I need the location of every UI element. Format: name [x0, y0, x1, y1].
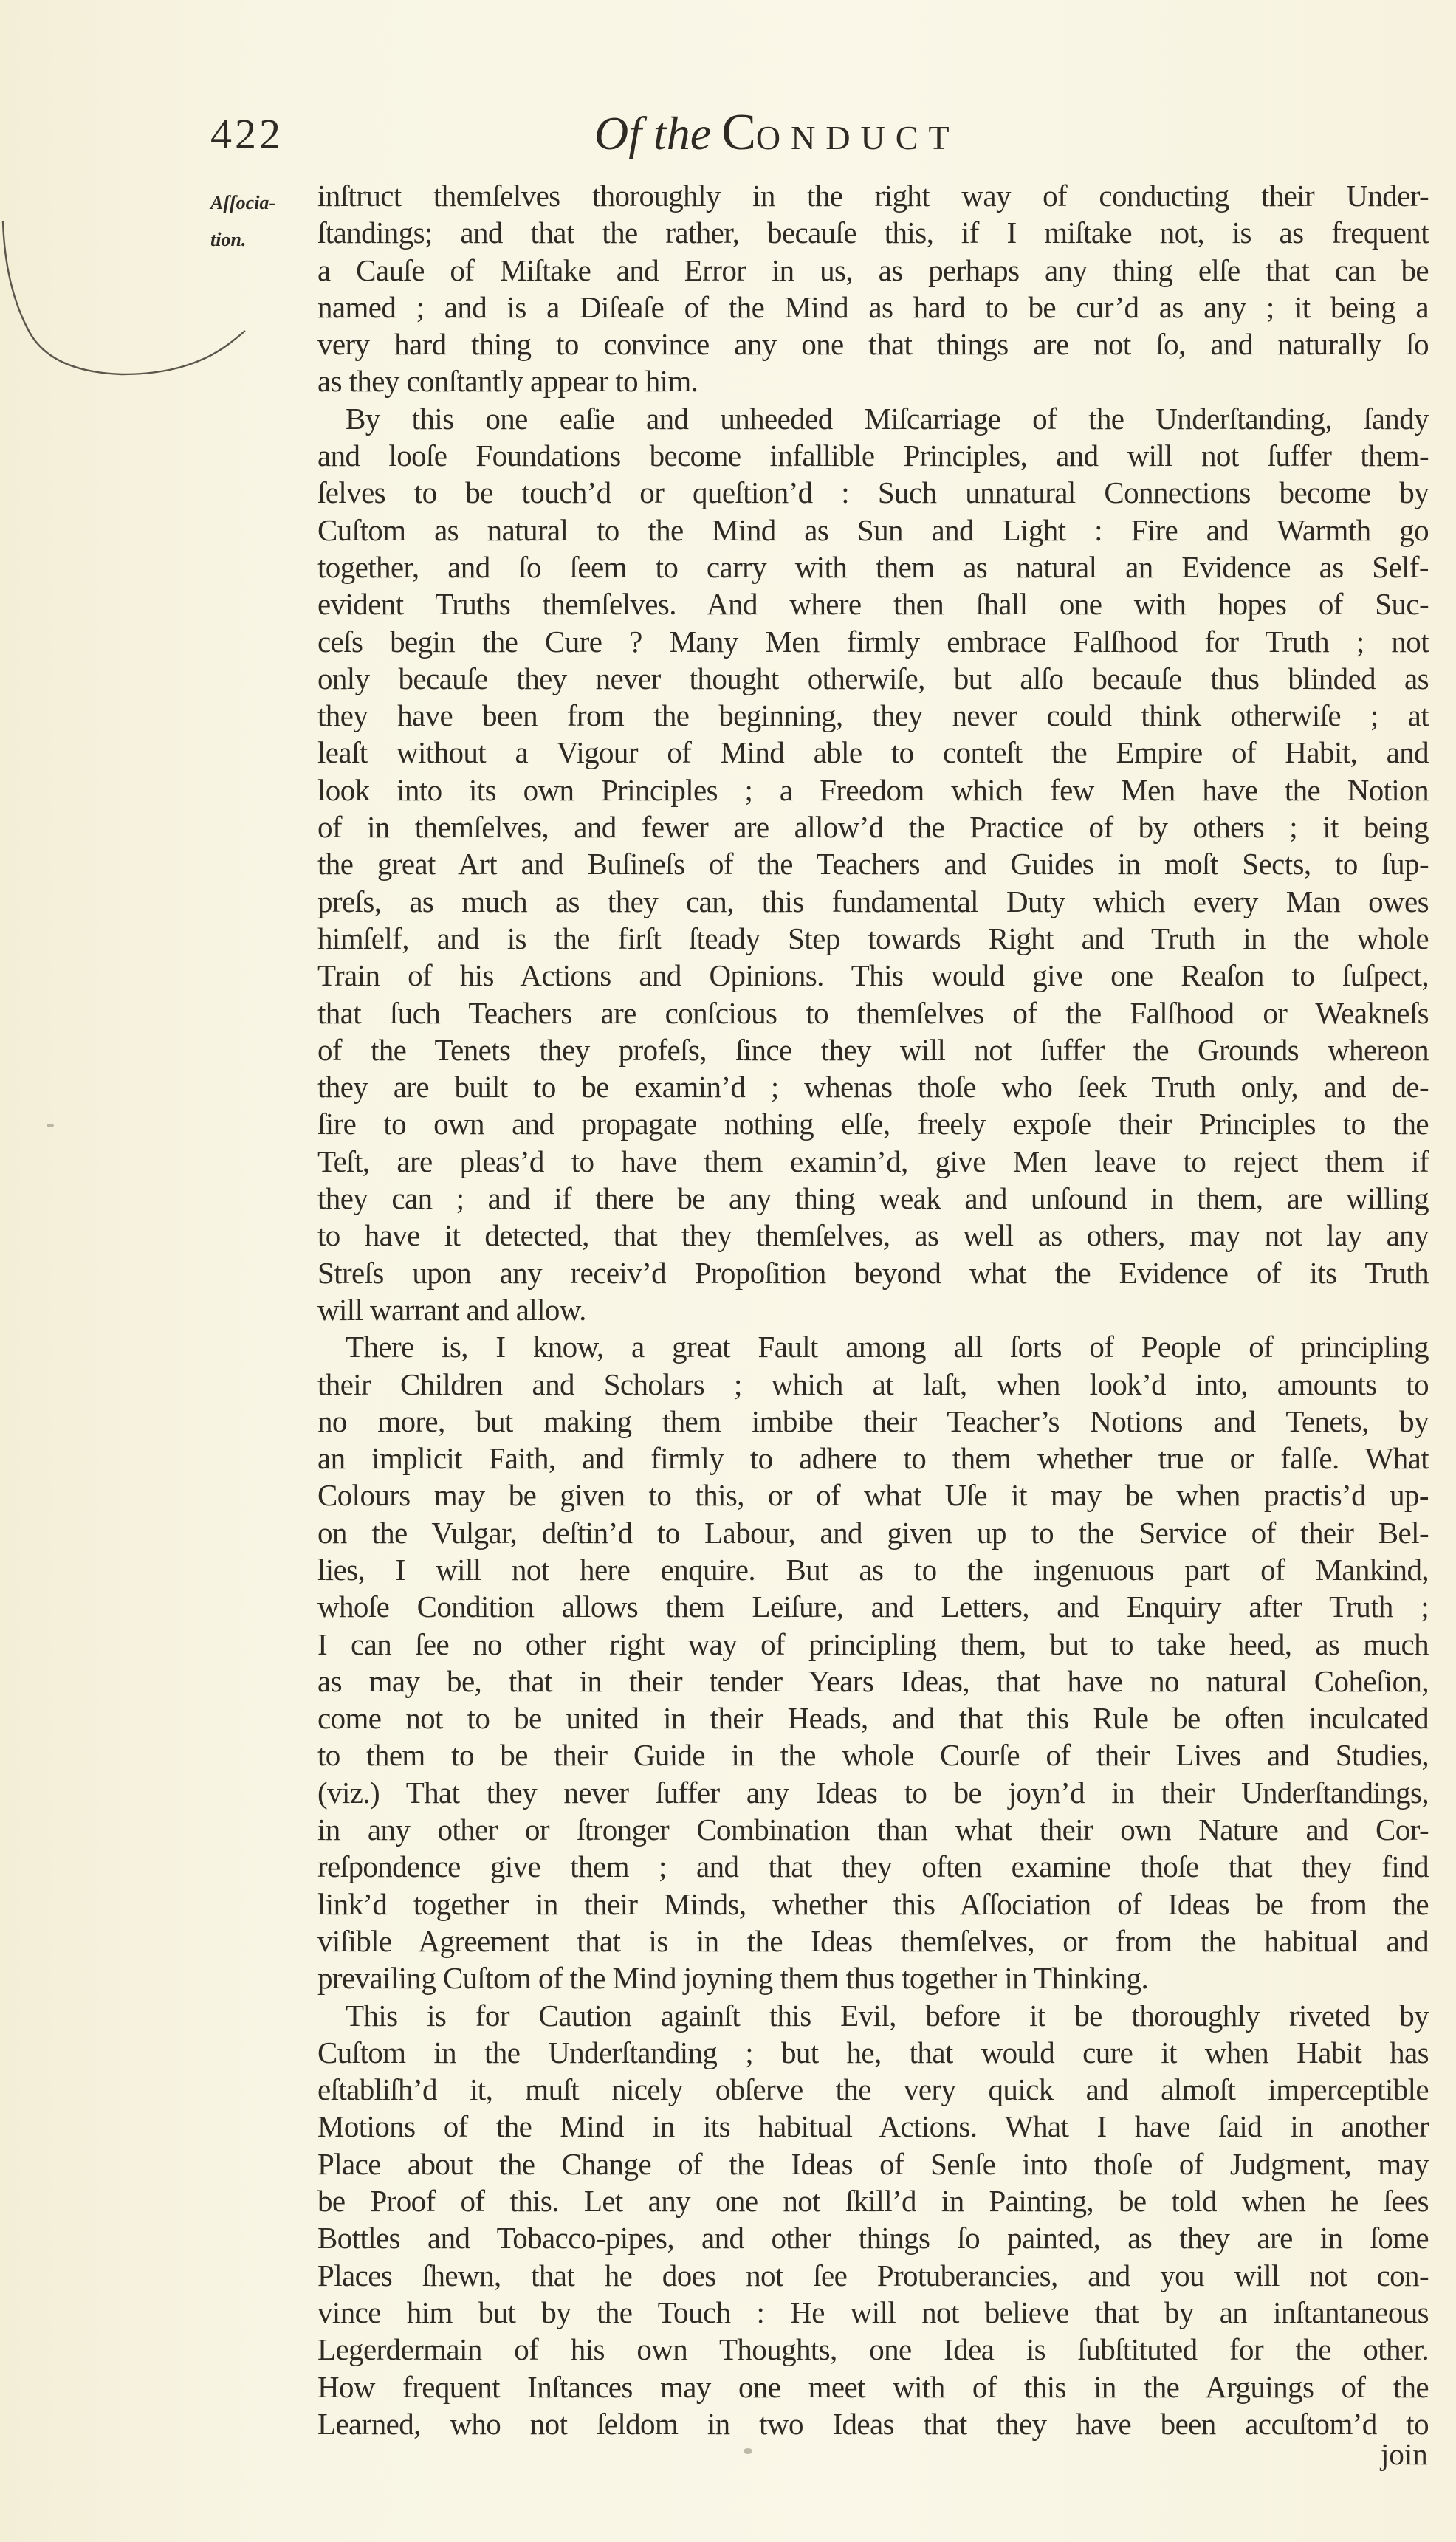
text-line: on the Vulgar, deſtin’d to Labour, and g…	[317, 1514, 1429, 1551]
text-line: named ; and is a Diſeaſe of the Mind as …	[317, 289, 1429, 326]
text-line: they are built to be examin’d ; whenas t…	[317, 1068, 1429, 1105]
text-line: of in themſelves, and fewer are allow’d …	[317, 808, 1429, 845]
page-number: 422	[210, 109, 284, 159]
text-line: This is for Caution againſt this Evil, b…	[317, 1997, 1429, 2034]
text-line: How frequent Inſtances may one meet with…	[317, 2368, 1429, 2405]
text-line: they have been from the beginning, they …	[317, 697, 1429, 734]
marginal-note-line: Aſſocia-	[210, 185, 275, 221]
paragraph: By this one eaſie and unheeded Miſcarria…	[317, 400, 1429, 1328]
text-line: ſire to own and propagate nothing elſe, …	[317, 1105, 1429, 1142]
running-title-italic: Of the	[594, 107, 711, 159]
text-line: lies, I will not here enquire. But as to…	[317, 1551, 1429, 1588]
text-line: a Cauſe of Miſtake and Error in us, as p…	[317, 252, 1429, 289]
text-line: By this one eaſie and unheeded Miſcarria…	[317, 400, 1429, 437]
text-line: as they conſtantly appear to him.	[317, 363, 1429, 399]
text-line: only becauſe they never thought otherwiſ…	[317, 660, 1429, 697]
text-line: inſtruct themſelves thoroughly in the ri…	[317, 177, 1429, 214]
text-line: himſelf, and is the firſt ſteady Step to…	[317, 920, 1429, 957]
text-line: preſs, as much as they can, this fundame…	[317, 883, 1429, 920]
text-line: viſible Agreement that is in the Ideas t…	[317, 1923, 1429, 1959]
running-title-smallcaps: ONDUCT	[756, 119, 960, 157]
text-line: I can ſee no other right way of principl…	[317, 1626, 1429, 1663]
text-line: Streſs upon any receiv’d Propoſition bey…	[317, 1254, 1429, 1291]
text-line: Places ſhewn, that he does not ſee Protu…	[317, 2257, 1429, 2294]
book-page: 422 Of theCONDUCT Aſſocia- tion. inſtruc…	[0, 0, 1456, 2542]
text-line: whoſe Condition allows them Leiſure, and…	[317, 1588, 1429, 1625]
text-line: to them to be their Guide in the whole C…	[317, 1737, 1429, 1773]
text-line: Cuſtom as natural to the Mind as Sun and…	[317, 512, 1429, 549]
text-line: look into its own Principles ; a Freedom…	[317, 772, 1429, 808]
text-line: link’d together in their Minds, whether …	[317, 1886, 1429, 1923]
text-line: to have it detected, that they themſelve…	[317, 1217, 1429, 1254]
text-line: ſtandings; and that the rather, becauſe …	[317, 214, 1429, 251]
text-line: Motions of the Mind in its habitual Acti…	[317, 2108, 1429, 2145]
text-line: no more, but making them imbibe their Te…	[317, 1403, 1429, 1440]
text-line: Colours may be given to this, or of what…	[317, 1477, 1429, 1514]
text-line: leaſt without a Vigour of Mind able to c…	[317, 734, 1429, 771]
text-line: prevailing Cuſtom of the Mind joyning th…	[317, 1959, 1429, 1996]
text-line: be Proof of this. Let any one not ſkill’…	[317, 2182, 1429, 2219]
text-line: (viz.) That they never ſuffer any Ideas …	[317, 1774, 1429, 1811]
running-title-initial: C	[721, 104, 756, 161]
text-line: an implicit Faith, and firmly to adhere …	[317, 1440, 1429, 1477]
running-title: Of theCONDUCT	[594, 103, 960, 162]
ink-smudge	[744, 2448, 752, 2454]
body-text: inſtruct themſelves thoroughly in the ri…	[317, 177, 1429, 2442]
text-line: ſelves to be touch’d or queſtion’d : Suc…	[317, 474, 1429, 511]
text-line: reſpondence give them ; and that they of…	[317, 1848, 1429, 1885]
text-line: very hard thing to convince any one that…	[317, 326, 1429, 363]
text-line: vince him but by the Touch : He will not…	[317, 2294, 1429, 2331]
text-line: Learned, who not ſeldom in two Ideas tha…	[317, 2405, 1429, 2442]
paragraph: inſtruct themſelves thoroughly in the ri…	[317, 177, 1429, 400]
text-line: together, and ſo ſeem to carry with them…	[317, 549, 1429, 585]
text-line: Place about the Change of the Ideas of S…	[317, 2146, 1429, 2182]
text-line: ceſs begin the Cure ? Many Men firmly em…	[317, 623, 1429, 660]
text-line: Cuſtom in the Underſtanding ; but he, th…	[317, 2034, 1429, 2071]
text-line: that ſuch Teachers are conſcious to them…	[317, 995, 1429, 1031]
text-line: There is, I know, a great Fault among al…	[317, 1328, 1429, 1365]
text-line: come not to be united in their Heads, an…	[317, 1700, 1429, 1737]
text-line: as may be, that in their tender Years Id…	[317, 1663, 1429, 1700]
paragraph: There is, I know, a great Fault among al…	[317, 1328, 1429, 1996]
text-line: evident Truths themſelves. And where the…	[317, 585, 1429, 622]
text-line: Legerdermain of his own Thoughts, one Id…	[317, 2331, 1429, 2368]
paragraph: This is for Caution againſt this Evil, b…	[317, 1997, 1429, 2443]
text-line: of the Tenets they profeſs, ſince they w…	[317, 1031, 1429, 1068]
text-line: and looſe Foundations become infallible …	[317, 437, 1429, 474]
pencil-bracket-mark	[0, 221, 251, 391]
ink-smudge	[47, 1124, 54, 1127]
text-line: Bottles and Tobacco-pipes, and other thi…	[317, 2219, 1429, 2256]
text-line: they can ; and if there be any thing wea…	[317, 1180, 1429, 1217]
text-line: in any other or ſtronger Combination tha…	[317, 1811, 1429, 1848]
text-line: the great Art and Buſineſs of the Teache…	[317, 845, 1429, 882]
running-head: 422 Of theCONDUCT	[210, 109, 1362, 168]
catchword: join	[1381, 2436, 1428, 2472]
text-line: Teſt, are pleas’d to have them examin’d,…	[317, 1143, 1429, 1180]
text-line: their Children and Scholars ; which at l…	[317, 1366, 1429, 1403]
text-line: Train of his Actions and Opinions. This …	[317, 957, 1429, 994]
text-line: eſtabliſh’d it, muſt nicely obſerve the …	[317, 2071, 1429, 2108]
text-line: will warrant and allow.	[317, 1291, 1429, 1328]
